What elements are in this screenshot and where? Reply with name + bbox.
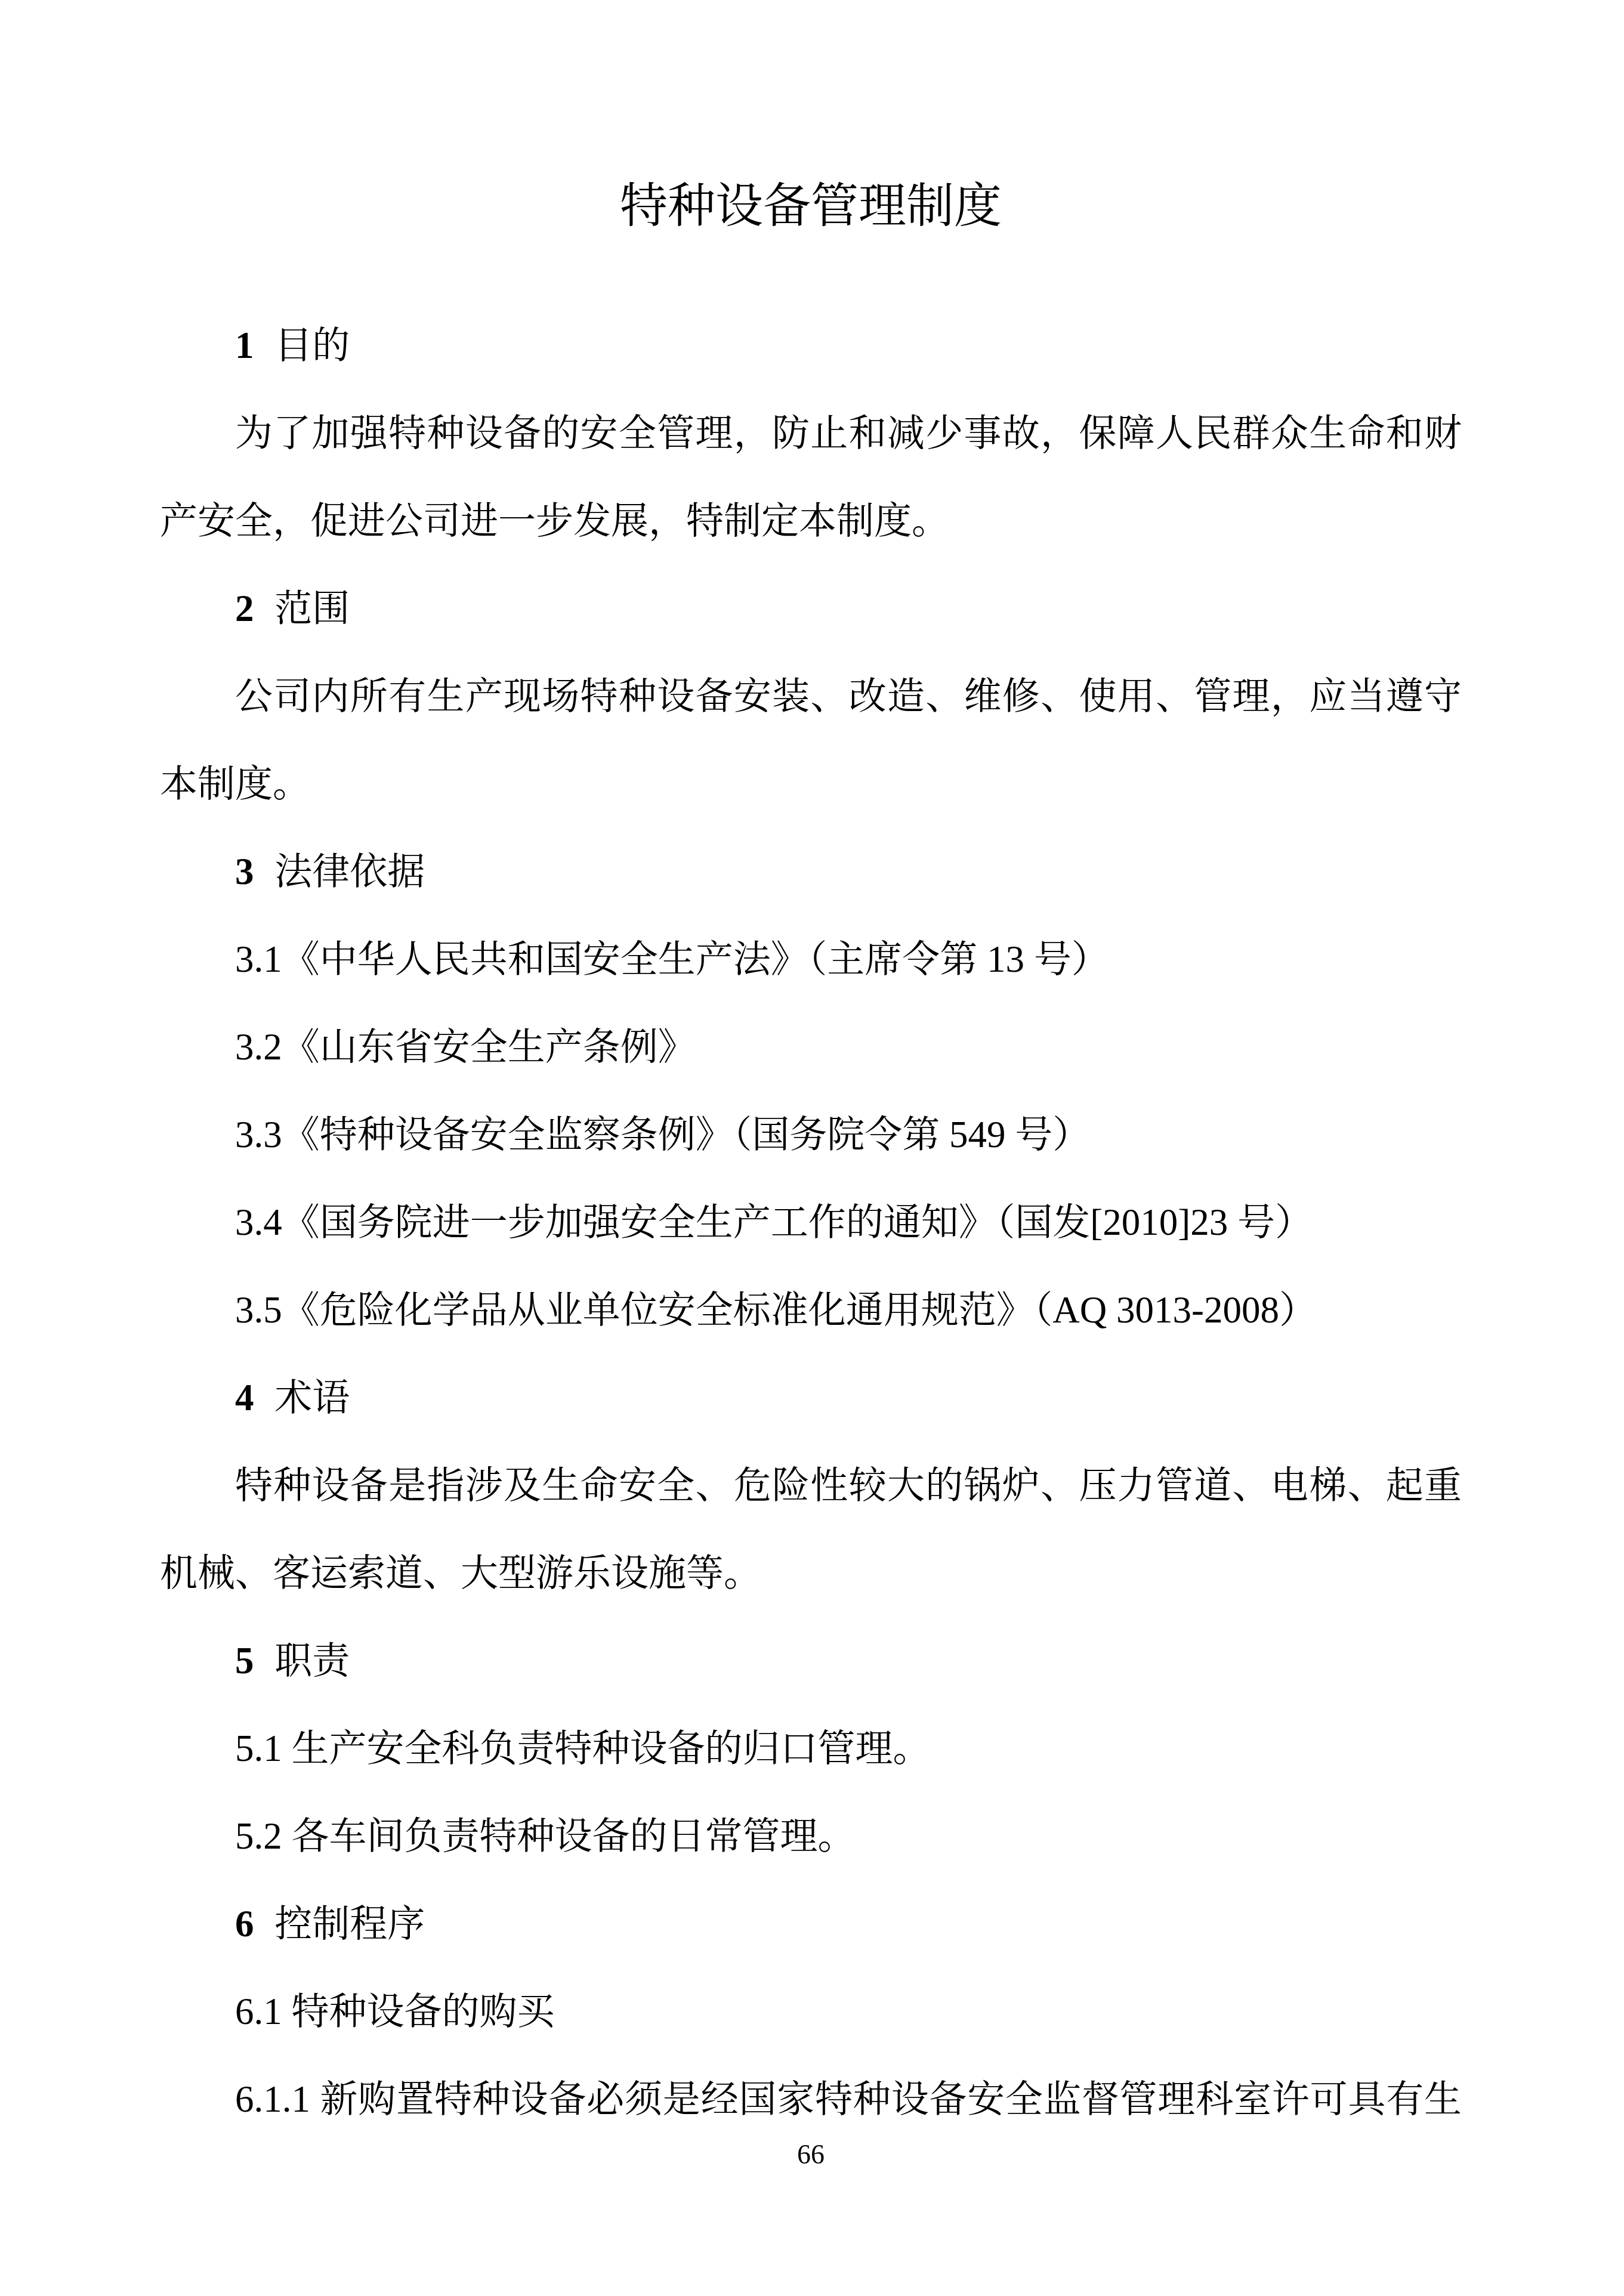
document-line: 3.2《山东省安全生产条例》 (160, 1003, 1462, 1091)
line-text: 3.4《国务院进一步加强安全生产工作的通知》（国发[2010]23 号） (235, 1201, 1313, 1243)
line-text: 6.1.1 新购置特种设备必须是经国家特种设备安全监督管理科室许可具有生 (235, 2078, 1462, 2120)
document-body: 1目的为了加强特种设备的安全管理，防止和减少事故，保障人民群众生命和财产安全，促… (160, 302, 1462, 2143)
line-text: 职责 (274, 1640, 350, 1682)
line-text: 6.1 特种设备的购买 (235, 1991, 555, 2032)
line-text: 3.1《中华人民共和国安全生产法》（主席令第 13 号） (235, 938, 1109, 980)
line-text: 范围 (274, 588, 350, 629)
document-line: 特种设备是指涉及生命安全、危险性较大的锅炉、压力管道、电梯、起重 (160, 1442, 1462, 1529)
line-text: 机械、客运索道、大型游乐设施等。 (160, 1552, 761, 1594)
line-text: 控制程序 (274, 1903, 425, 1945)
document-line: 3.4《国务院进一步加强安全生产工作的通知》（国发[2010]23 号） (160, 1179, 1462, 1266)
line-text: 目的 (274, 325, 350, 366)
document-line: 为了加强特种设备的安全管理，防止和减少事故，保障人民群众生命和财 (160, 390, 1462, 477)
document-line: 公司内所有生产现场特种设备安装、改造、维修、使用、管理，应当遵守 (160, 653, 1462, 740)
document-line: 5.2 各车间负责特种设备的日常管理。 (160, 1793, 1462, 1880)
document-line: 3.3《特种设备安全监察条例》（国务院令第 549 号） (160, 1091, 1462, 1179)
heading-number: 3 (235, 851, 254, 892)
document-line: 5职责 (160, 1617, 1462, 1705)
document-line: 3法律依据 (160, 828, 1462, 916)
document-line: 本制度。 (160, 740, 1462, 828)
line-text: 本制度。 (160, 763, 310, 805)
line-text: 为了加强特种设备的安全管理，防止和减少事故，保障人民群众生命和财 (235, 412, 1462, 454)
document-line: 2范围 (160, 565, 1462, 653)
document-line: 产安全，促进公司进一步发展，特制定本制度。 (160, 477, 1462, 565)
line-text: 法律依据 (274, 851, 425, 892)
line-text: 3.5《危险化学品从业单位安全标准化通用规范》（AQ 3013-2008） (235, 1289, 1317, 1331)
line-text: 特种设备是指涉及生命安全、危险性较大的锅炉、压力管道、电梯、起重 (235, 1464, 1462, 1506)
document-line: 3.5《危险化学品从业单位安全标准化通用规范》（AQ 3013-2008） (160, 1266, 1462, 1354)
line-text: 公司内所有生产现场特种设备安装、改造、维修、使用、管理，应当遵守 (235, 675, 1462, 717)
line-text: 产安全，促进公司进一步发展，特制定本制度。 (160, 500, 949, 542)
page-number: 66 (797, 2139, 825, 2170)
line-text: 术语 (274, 1377, 350, 1419)
document-line: 6.1.1 新购置特种设备必须是经国家特种设备安全监督管理科室许可具有生 (160, 2056, 1462, 2143)
document-line: 机械、客运索道、大型游乐设施等。 (160, 1529, 1462, 1617)
document-line: 6控制程序 (160, 1880, 1462, 1968)
heading-number: 6 (235, 1903, 254, 1945)
heading-number: 4 (235, 1377, 254, 1419)
document-line: 4术语 (160, 1354, 1462, 1442)
line-text: 3.3《特种设备安全监察条例》（国务院令第 549 号） (235, 1114, 1090, 1155)
document-line: 3.1《中华人民共和国安全生产法》（主席令第 13 号） (160, 916, 1462, 1003)
document-title: 特种设备管理制度 (160, 180, 1462, 233)
heading-number: 1 (235, 325, 254, 366)
line-text: 3.2《山东省安全生产条例》 (235, 1026, 696, 1068)
heading-number: 5 (235, 1640, 254, 1682)
page-footer: 66 (160, 2140, 1462, 2170)
heading-number: 2 (235, 588, 254, 629)
line-text: 5.2 各车间负责特种设备的日常管理。 (235, 1815, 856, 1857)
document-line: 6.1 特种设备的购买 (160, 1968, 1462, 2056)
document-line: 1目的 (160, 302, 1462, 390)
document-line: 5.1 生产安全科负责特种设备的归口管理。 (160, 1705, 1462, 1793)
document-page: 特种设备管理制度 1目的为了加强特种设备的安全管理，防止和减少事故，保障人民群众… (0, 0, 1624, 2296)
line-text: 5.1 生产安全科负责特种设备的归口管理。 (235, 1728, 931, 1769)
